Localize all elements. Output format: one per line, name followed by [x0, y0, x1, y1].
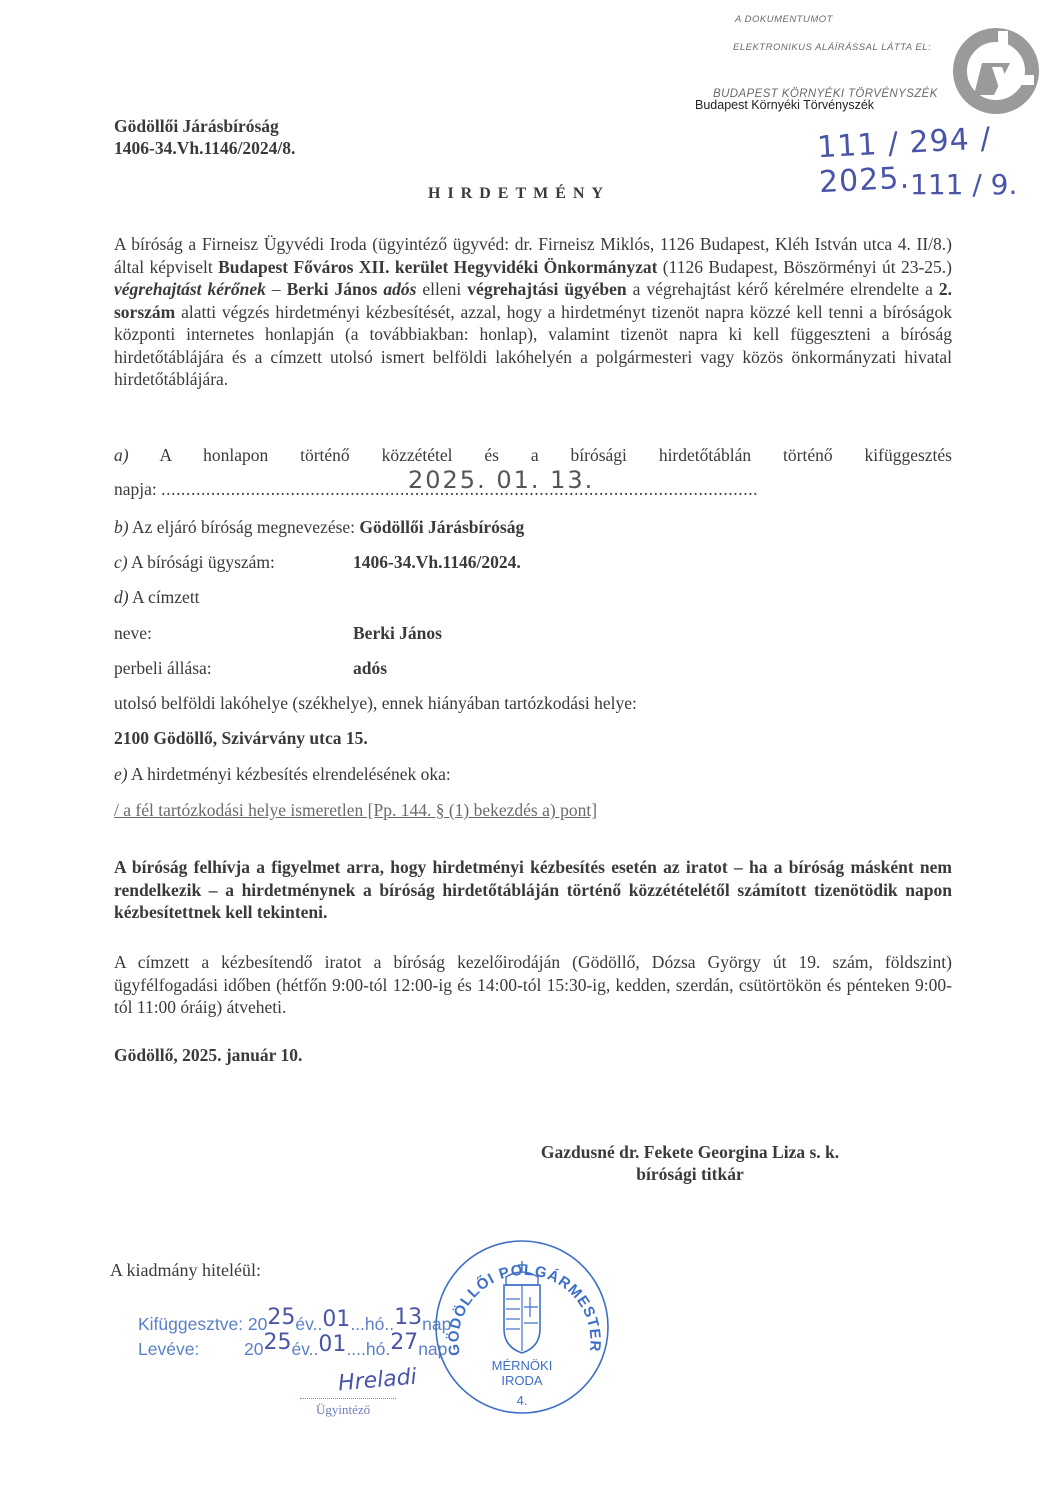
svg-text:4.: 4.	[517, 1393, 528, 1408]
signatory-role: bírósági titkár	[490, 1163, 890, 1185]
removed-ho-label: hó	[366, 1339, 385, 1359]
proceeding-court: Gödöllői Járásbíróság	[359, 517, 524, 537]
intro-paragraph: A bíróság a Firneisz Ügyvédi Iroda (ügyi…	[114, 233, 952, 391]
item-b-marker: b)	[114, 517, 129, 537]
item-a: a) A honlapon történő közzététel és a bí…	[114, 444, 952, 467]
item-b: b) Az eljáró bíróság megnevezése: Gödöll…	[114, 516, 524, 538]
addressee-role: adós	[353, 657, 387, 679]
handwritten-posting-date: 2025. 01. 13.	[408, 466, 594, 494]
svg-text:MÉRNÖKI: MÉRNÖKI	[492, 1358, 553, 1373]
item-c: c) A bírósági ügyszám:	[114, 551, 275, 573]
service-reason: / a fél tartózkodási helye ismeretlen [P…	[114, 799, 597, 821]
handwritten-sub-number: 111 / 9.	[910, 168, 1017, 201]
esign-line-2: ELEKTRONIKUS ALÁÍRÁSSAL LÁTTA EL:	[733, 42, 931, 53]
legal-warning: A bíróság felhívja a figyelmet arra, hog…	[114, 856, 952, 924]
posted-ev-label: év	[295, 1314, 312, 1334]
addressee-name-label: neve:	[114, 622, 152, 644]
case-number: 1406-34.Vh.1146/2024/8.	[114, 137, 295, 159]
posted-month: 01	[322, 1307, 350, 1332]
item-e-marker: e)	[114, 764, 128, 784]
certification-label: A kiadmány hiteléül:	[110, 1259, 261, 1281]
debtor-name: Berki János	[287, 279, 378, 299]
intro-text: –	[266, 279, 287, 299]
addressee-name: Berki János	[353, 622, 442, 644]
court-name: Gödöllői Járásbíróság	[114, 115, 279, 137]
esign-line-1: A DOKUMENTUMOT	[735, 14, 833, 25]
posted-label: Kifüggesztve: 20	[138, 1314, 267, 1334]
removed-row: Levéve:2025év..01....hó.27nap	[138, 1336, 447, 1361]
addressee-role-label: perbeli állása:	[114, 657, 212, 679]
posted-ho-label: hó	[365, 1314, 384, 1334]
court-logo-icon	[950, 25, 1042, 117]
item-a-text: A honlapon történő közzététel és a bírós…	[160, 445, 952, 465]
document-title: HIRDETMÉNY	[428, 185, 610, 203]
item-c-label: A bírósági ügyszám:	[131, 552, 275, 572]
svg-text:GÖDÖLLŐI POLGÁRMESTER HIVATAL: GÖDÖLLŐI POLGÁRMESTER HIVATAL	[432, 1237, 604, 1357]
item-a-napja-label: napja:	[114, 479, 157, 499]
intro-text: (1126 Budapest, Böszörményi út 23-25.)	[657, 257, 952, 277]
clerk-signature-line	[300, 1398, 396, 1399]
removed-month: 01	[318, 1332, 346, 1357]
intro-text: elleni	[416, 279, 467, 299]
removed-year: 25	[263, 1330, 291, 1355]
creditor-role: végrehajtást kérőnek	[114, 279, 266, 299]
removed-year-prefix: 20	[244, 1339, 263, 1359]
place-date: Gödöllő, 2025. január 10.	[114, 1044, 302, 1066]
item-e-label: A hirdetményi kézbesítés elrendelésének …	[131, 764, 451, 784]
intro-text: a végrehajtást kérő kérelmére elrendelte…	[627, 279, 939, 299]
addressee-address: 2100 Gödöllő, Szivárvány utca 15.	[114, 727, 368, 749]
case-type: végrehajtási ügyében	[467, 279, 626, 299]
clerk-signature: Hreladi	[337, 1365, 418, 1397]
pickup-info: A címzett a kézbesítendő iratot a bírósá…	[114, 951, 952, 1019]
item-a-marker: a)	[114, 445, 129, 465]
esign-court-plain: Budapest Környéki Törvényszék	[695, 98, 874, 112]
court-case-number: 1406-34.Vh.1146/2024.	[353, 551, 521, 573]
signatory-name: Gazdusné dr. Fekete Georgina Liza s. k.	[490, 1141, 890, 1163]
debtor-role: adós	[383, 279, 416, 299]
addressee-address-label: utolsó belföldi lakóhelye (székhelye), e…	[114, 692, 637, 714]
creditor-name: Budapest Főváros XII. kerület Hegyvidéki…	[218, 257, 657, 277]
removed-day: 27	[390, 1330, 418, 1355]
item-d-label: A címzett	[132, 587, 200, 607]
posted-day: 13	[394, 1305, 422, 1330]
clerk-label: Ügyintéző	[316, 1402, 370, 1418]
removed-ev-label: év	[291, 1339, 308, 1359]
office-round-stamp: GÖDÖLLŐI POLGÁRMESTER HIVATAL MÉRNÖKI IR…	[432, 1237, 612, 1417]
item-e: e) A hirdetményi kézbesítés elrendelésén…	[114, 763, 451, 785]
item-d: d) A címzett	[114, 586, 200, 608]
intro-text: alatti végzés hirdetményi kézbesítését, …	[114, 302, 952, 390]
item-b-label: Az eljáró bíróság megnevezése:	[132, 517, 359, 537]
posted-year: 25	[267, 1305, 295, 1330]
removed-label: Levéve:	[138, 1339, 244, 1360]
item-c-marker: c)	[114, 552, 128, 572]
item-d-marker: d)	[114, 587, 129, 607]
svg-text:IRODA: IRODA	[501, 1373, 543, 1388]
